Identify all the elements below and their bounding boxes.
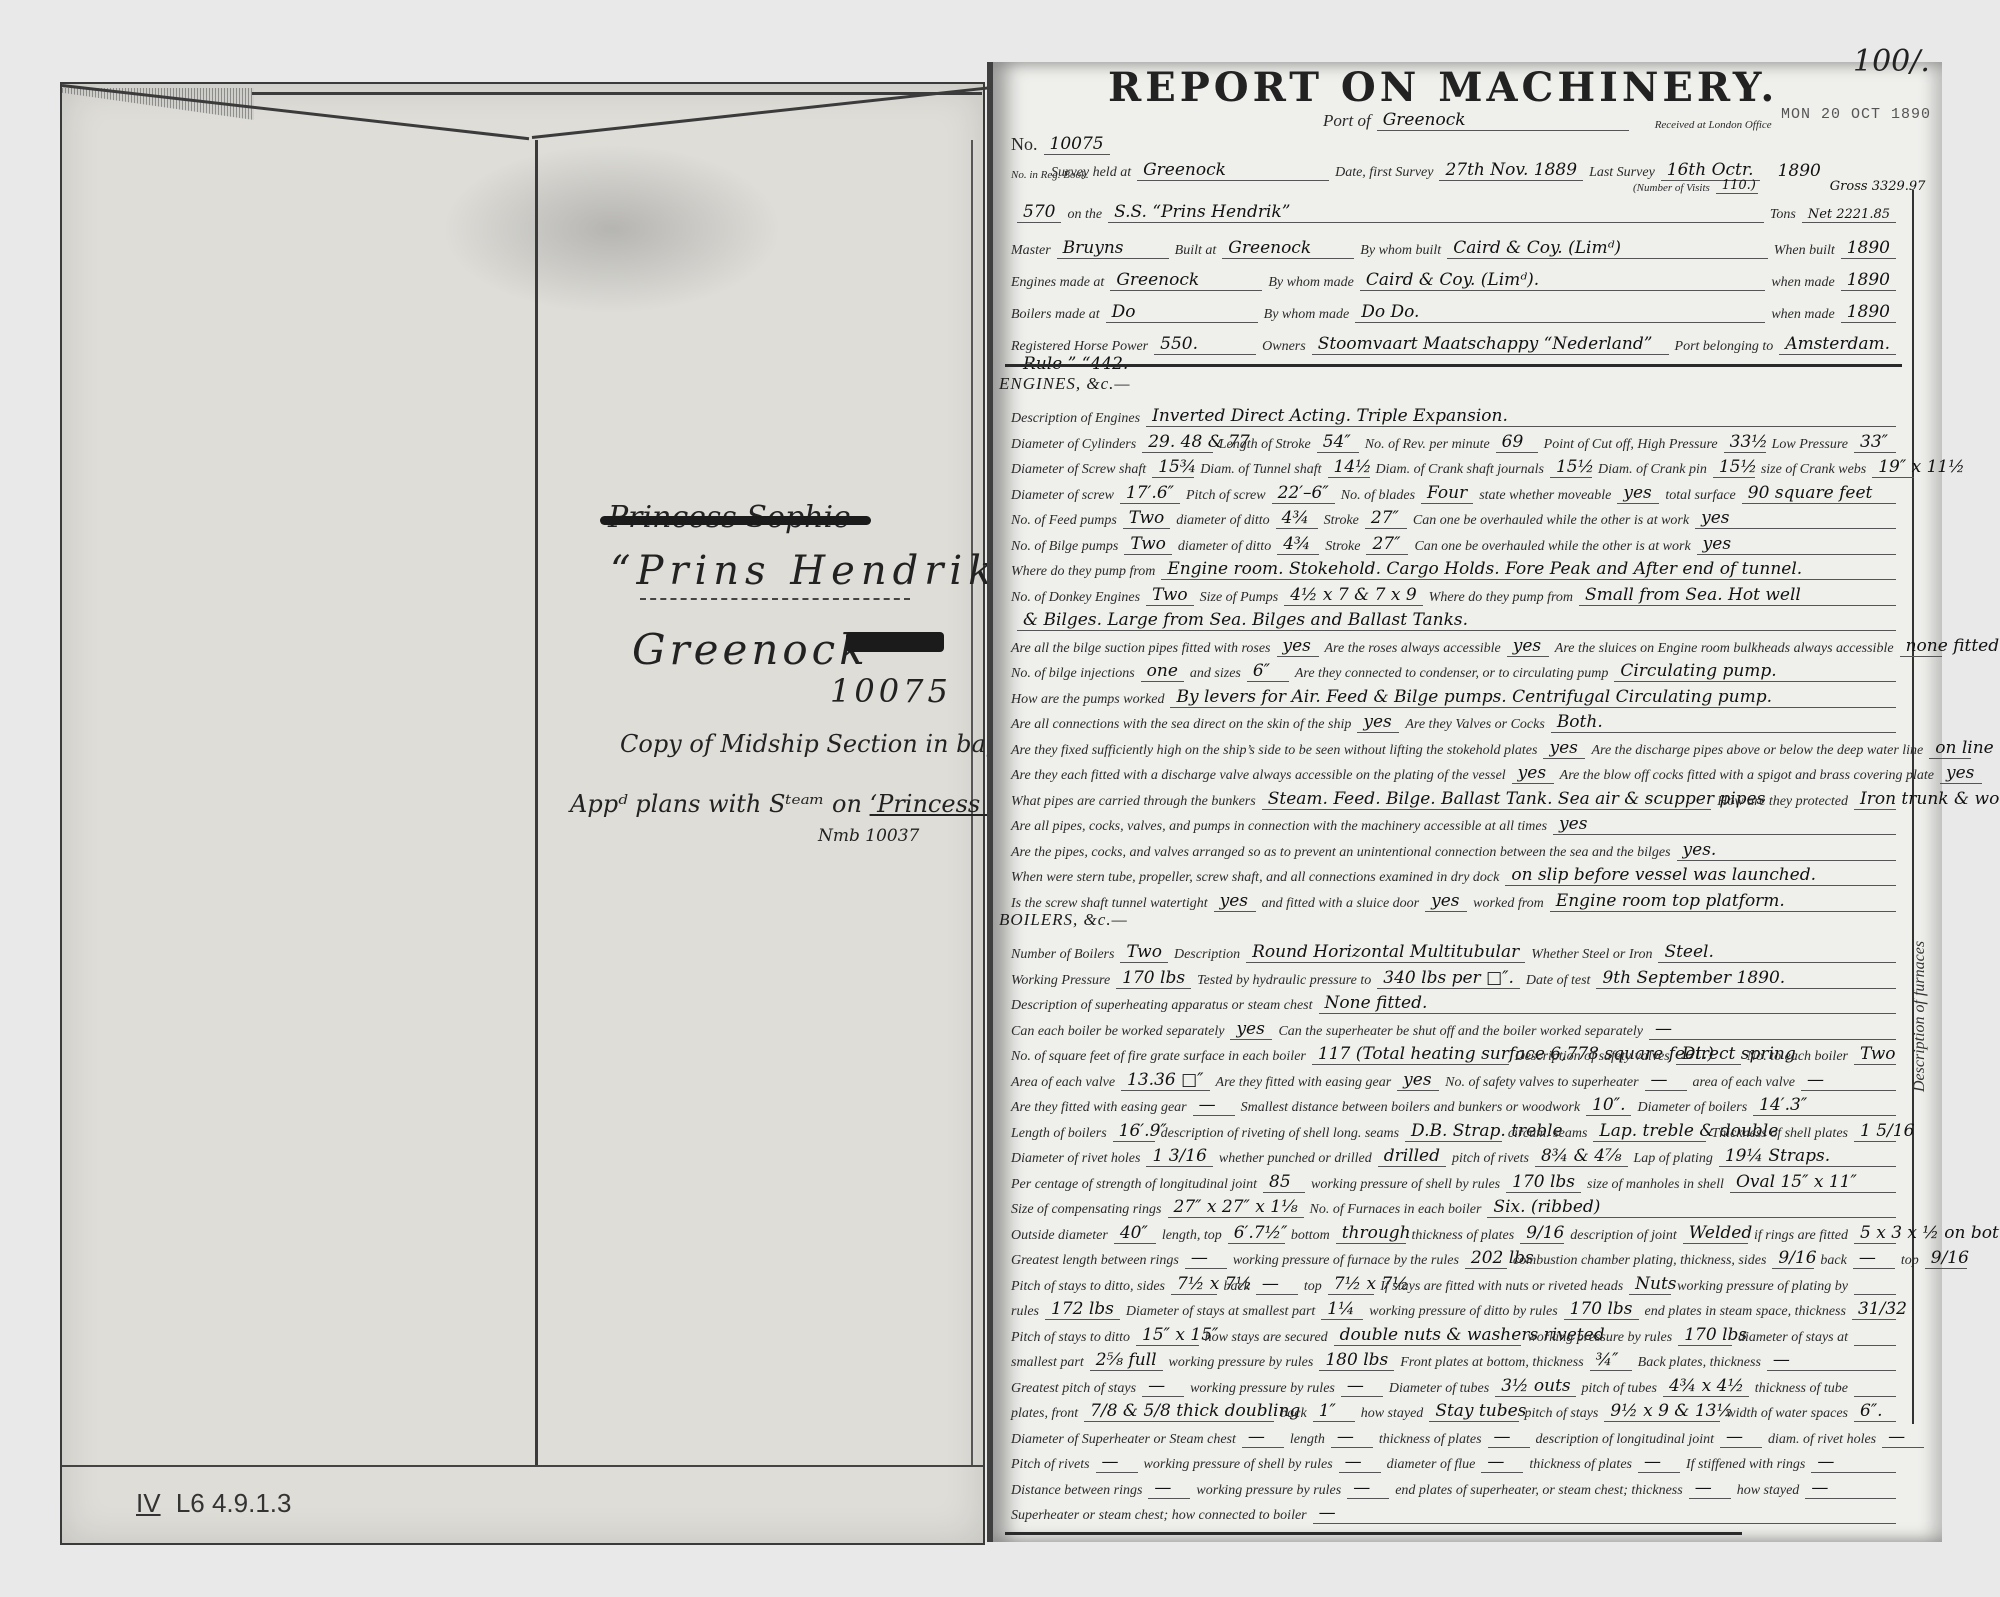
field-label: worked from bbox=[1473, 896, 1544, 912]
no-value: 10075 bbox=[1044, 134, 1110, 155]
field-label: diam. of rivet holes bbox=[1768, 1432, 1876, 1448]
field-label: If stiffened with rings bbox=[1686, 1457, 1805, 1473]
field-label: Are the roses always accessible bbox=[1325, 641, 1501, 657]
field-value: — bbox=[1720, 1427, 1762, 1448]
field-label: Size of compensating rings bbox=[1011, 1202, 1162, 1218]
field-value: drilled bbox=[1378, 1146, 1446, 1167]
form-row: Can each boiler be worked separatelyyesC… bbox=[1011, 1019, 1902, 1040]
field-value: 15½ bbox=[1713, 457, 1755, 478]
port-belonging-value: Amsterdam. bbox=[1779, 334, 1896, 355]
field-label: end plates in steam space, thickness bbox=[1645, 1304, 1846, 1320]
field-value: 27″ bbox=[1366, 534, 1408, 555]
field-value: Two bbox=[1120, 942, 1168, 963]
field-label: back bbox=[1280, 1406, 1306, 1422]
field-value: 5 x 3 x ½ on bottom bbox=[1854, 1223, 1896, 1244]
port-of-value: Greenock bbox=[1377, 110, 1629, 131]
field-value: 90 square feet bbox=[1742, 483, 1896, 504]
boilers-made-at-value: Do bbox=[1106, 302, 1258, 323]
field-value: — bbox=[1339, 1452, 1381, 1473]
field-label: working pressure by rules bbox=[1527, 1330, 1672, 1346]
field-label: Description of superheating apparatus or… bbox=[1011, 998, 1313, 1014]
field-value: 340 lbs per □″. bbox=[1377, 968, 1520, 989]
field-value: Engine room top platform. bbox=[1550, 891, 1896, 912]
field-value: — bbox=[1853, 1248, 1895, 1269]
field-value: None fitted. bbox=[1319, 993, 1896, 1014]
field-label: top bbox=[1901, 1253, 1919, 1269]
field-label: Distance between rings bbox=[1011, 1483, 1142, 1499]
form-row: Number of BoilersTwoDescriptionRound Hor… bbox=[1011, 942, 1902, 963]
field-label: working pressure of shell by rules bbox=[1311, 1177, 1500, 1193]
rhp-value: 550. bbox=[1154, 334, 1256, 355]
field-label: No. to each boiler bbox=[1747, 1049, 1848, 1065]
port-belonging-label: Port belonging to bbox=[1675, 339, 1774, 355]
field-value: — bbox=[1767, 1350, 1896, 1371]
field-value: Two bbox=[1124, 534, 1172, 555]
form-row: rules172 lbsDiameter of stays at smalles… bbox=[1011, 1299, 1902, 1320]
envelope-port: Greenock bbox=[632, 625, 869, 674]
field-label: Description of safety valves bbox=[1515, 1049, 1670, 1065]
field-value: 170 lbs bbox=[1564, 1299, 1639, 1320]
field-value: 13.36 □″ bbox=[1121, 1070, 1209, 1091]
field-label: Are they fitted with easing gear bbox=[1216, 1075, 1392, 1091]
field-value: one bbox=[1141, 661, 1184, 682]
field-label: working pressure by rules bbox=[1196, 1483, 1341, 1499]
reg-no-value: 570 bbox=[1017, 202, 1061, 223]
field-value: 16′.9″ bbox=[1113, 1121, 1155, 1142]
field-label: Outside diameter bbox=[1011, 1228, 1108, 1244]
field-value: Round Horizontal Multitubular bbox=[1246, 942, 1525, 963]
envelope-bottom-fold bbox=[62, 1465, 983, 1467]
form-row: How are the pumps workedBy levers for Ai… bbox=[1011, 687, 1902, 708]
furnaces-side-label: Description of furnaces bbox=[1911, 941, 1929, 1092]
tons-net: Net 2221.85 bbox=[1802, 207, 1896, 223]
field-label: Stroke bbox=[1324, 513, 1359, 529]
field-value: Six. (ribbed) bbox=[1487, 1197, 1896, 1218]
field-value: 9½ x 9 & 13½ bbox=[1604, 1401, 1720, 1422]
field-value: double nuts & washers riveted bbox=[1334, 1325, 1522, 1346]
field-value: yes bbox=[1695, 508, 1896, 529]
field-value: yes. bbox=[1677, 840, 1896, 861]
field-label: Can one be overhauled while the other is… bbox=[1414, 539, 1690, 555]
field-label: Where do they pump from bbox=[1429, 590, 1573, 606]
field-label: No. of Bilge pumps bbox=[1011, 539, 1118, 555]
field-label: Number of Boilers bbox=[1011, 947, 1114, 963]
field-value: yes bbox=[1507, 636, 1549, 657]
boilers-when-value: 1890 bbox=[1841, 302, 1896, 323]
field-value: — bbox=[1256, 1274, 1298, 1295]
field-value: yes bbox=[1357, 712, 1399, 733]
field-label: Tested by hydraulic pressure to bbox=[1197, 973, 1371, 989]
strikethrough-bar bbox=[600, 516, 871, 525]
field-label: Smallest distance between boilers and bu… bbox=[1241, 1100, 1580, 1116]
received-stamp: MON 20 OCT 1890 bbox=[1781, 106, 1931, 123]
form-row: What pipes are carried through the bunke… bbox=[1011, 789, 1902, 810]
field-value: — bbox=[1645, 1070, 1687, 1091]
field-value: 8¾ & 4⅞ bbox=[1535, 1146, 1628, 1167]
form-row: Length of boilers16′.9″description of ri… bbox=[1011, 1121, 1902, 1142]
first-survey-value: 27th Nov. 1889 bbox=[1439, 160, 1583, 181]
field-label: No. of Donkey Engines bbox=[1011, 590, 1140, 606]
field-value: 6″. bbox=[1854, 1401, 1896, 1422]
field-label: Are they fixed sufficiently high on the … bbox=[1011, 743, 1537, 759]
field-value: — bbox=[1193, 1095, 1235, 1116]
field-label: Description of Engines bbox=[1011, 411, 1140, 427]
field-label: back bbox=[1223, 1279, 1249, 1295]
field-label: Superheater or steam chest; how connecte… bbox=[1011, 1508, 1307, 1524]
field-value: — bbox=[1811, 1452, 1896, 1473]
form-row: Are they fitted with easing gear—Smalles… bbox=[1011, 1095, 1902, 1116]
form-row: Are they fixed sufficiently high on the … bbox=[1011, 738, 1902, 759]
field-value: D.B. Strap. treble bbox=[1405, 1121, 1502, 1142]
engines-when-label: when made bbox=[1771, 275, 1834, 291]
received-label: Received at London Office bbox=[1655, 119, 1772, 131]
field-value: yes bbox=[1512, 763, 1554, 784]
form-row: Diameter of Cylinders29. 48 & 77Length o… bbox=[1011, 432, 1902, 453]
tons-label: Tons bbox=[1770, 207, 1796, 223]
field-label: whether punched or drilled bbox=[1219, 1151, 1372, 1167]
engines-by-whom-value: Caird & Coy. (Limᵈ). bbox=[1360, 270, 1765, 291]
field-value: — bbox=[1481, 1452, 1523, 1473]
no-in-reg-book-label: No. in Reg. Book. bbox=[1011, 169, 1051, 181]
field-label: No. of square feet of fire grate surface… bbox=[1011, 1049, 1306, 1065]
envelope-top-edge bbox=[252, 92, 982, 95]
survey-held-at-label: Survey held at bbox=[1051, 165, 1131, 181]
built-at-value: Greenock bbox=[1222, 238, 1354, 259]
survey-held-at-value: Greenock bbox=[1137, 160, 1329, 181]
field-value: Circulating pump. bbox=[1614, 661, 1896, 682]
field-label: Are they each fitted with a discharge va… bbox=[1011, 768, 1506, 784]
field-label: Diam. of Crank shaft journals bbox=[1376, 462, 1544, 478]
field-label: total surface bbox=[1665, 488, 1735, 504]
footer-divider bbox=[1005, 1532, 1742, 1535]
field-value: 4¾ bbox=[1276, 508, 1318, 529]
form-row: Area of each valve13.36 □″Are they fitte… bbox=[1011, 1070, 1902, 1091]
field-value: 33½ bbox=[1724, 432, 1766, 453]
field-label: description of longitudinal joint bbox=[1536, 1432, 1715, 1448]
field-value: — bbox=[1649, 1019, 1896, 1040]
envelope-note-line-1: Copy of Midship Section in bag bbox=[620, 730, 1001, 758]
port-of-label: Port of bbox=[1323, 111, 1371, 131]
ship-row: 570 on the S.S. “Prins Hendrik” Tons Net… bbox=[1011, 202, 1902, 223]
field-label: state whether moveable bbox=[1479, 488, 1611, 504]
field-label: pitch of stays bbox=[1525, 1406, 1599, 1422]
field-label: Greatest pitch of stays bbox=[1011, 1381, 1136, 1397]
horse-power-row: Registered Horse Power 550. Owners Stoom… bbox=[1011, 334, 1902, 355]
port-strikethrough bbox=[846, 632, 944, 652]
field-value: 33″ bbox=[1854, 432, 1896, 453]
form-row: No. of Feed pumpsTwodiameter of ditto4¾S… bbox=[1011, 508, 1902, 529]
form-row: Pitch of stays to ditto15″ x 15″how stay… bbox=[1011, 1325, 1902, 1346]
field-value: Four bbox=[1421, 483, 1473, 504]
field-label: Are the discharge pipes above or below t… bbox=[1591, 743, 1923, 759]
field-value: — bbox=[1242, 1427, 1284, 1448]
field-value: ¾″ bbox=[1590, 1350, 1632, 1371]
field-value: 31/32 bbox=[1852, 1299, 1896, 1320]
field-label: Low Pressure bbox=[1772, 437, 1848, 453]
field-label: diameter of flue bbox=[1387, 1457, 1476, 1473]
boilers-made-row: Boilers made at Do By whom made Do Do. w… bbox=[1011, 302, 1902, 323]
field-label: thickness of plates bbox=[1379, 1432, 1482, 1448]
field-value: 15¾ bbox=[1152, 457, 1194, 478]
field-label: area of each valve bbox=[1693, 1075, 1796, 1091]
field-value: — bbox=[1142, 1376, 1184, 1397]
no-label: No. bbox=[1011, 134, 1038, 155]
field-value: 170 lbs bbox=[1506, 1172, 1581, 1193]
field-label: Diameter of screw bbox=[1011, 488, 1114, 504]
field-label: Can the superheater be shut off and the … bbox=[1278, 1024, 1642, 1040]
field-label: Greatest length between rings bbox=[1011, 1253, 1179, 1269]
field-value: — bbox=[1096, 1452, 1138, 1473]
field-value: 2⅝ full bbox=[1090, 1350, 1163, 1371]
field-value: — bbox=[1882, 1427, 1924, 1448]
by-whom-built-value: Caird & Coy. (Limᵈ) bbox=[1447, 238, 1768, 259]
engines-section-heading: ENGINES, &c.— bbox=[999, 374, 1131, 394]
field-label: What pipes are carried through the bunke… bbox=[1011, 794, 1256, 810]
field-value: & Bilges. Large from Sea. Bilges and Bal… bbox=[1017, 610, 1896, 631]
field-label: rules bbox=[1011, 1304, 1039, 1320]
field-value: 14½ bbox=[1328, 457, 1370, 478]
field-value: yes bbox=[1543, 738, 1585, 759]
field-value: — bbox=[1801, 1070, 1896, 1091]
field-label: how stayed bbox=[1361, 1406, 1424, 1422]
field-label: if rings are fitted bbox=[1754, 1228, 1848, 1244]
field-label: size of manholes in shell bbox=[1587, 1177, 1724, 1193]
field-label: length, top bbox=[1162, 1228, 1222, 1244]
field-label: length bbox=[1290, 1432, 1325, 1448]
field-value: — bbox=[1488, 1427, 1530, 1448]
field-value: Direct spring bbox=[1676, 1044, 1741, 1065]
form-row: smallest part2⅝ fullworking pressure by … bbox=[1011, 1350, 1902, 1371]
owners-label: Owners bbox=[1262, 339, 1306, 355]
field-value: 172 lbs bbox=[1045, 1299, 1120, 1320]
form-row: Superheater or steam chest; how connecte… bbox=[1011, 1503, 1902, 1524]
field-label: working pressure by rules bbox=[1190, 1381, 1335, 1397]
field-label: Date of test bbox=[1526, 973, 1591, 989]
field-label: Are they connected to condenser, or to c… bbox=[1295, 666, 1609, 682]
field-value: 54″ bbox=[1317, 432, 1359, 453]
form-row: Diameter of Screw shaft15¾Diam. of Tunne… bbox=[1011, 457, 1902, 478]
field-value: 117 (Total heating surface 6,778 square … bbox=[1312, 1044, 1509, 1065]
field-value: — bbox=[1185, 1248, 1227, 1269]
field-label: diameter of ditto bbox=[1178, 539, 1271, 555]
form-row: Description of superheating apparatus or… bbox=[1011, 993, 1902, 1014]
field-value: 6′.7½″ bbox=[1228, 1223, 1285, 1244]
by-whom-built-label: By whom built bbox=[1360, 243, 1441, 259]
field-value: 17′.6″ bbox=[1120, 483, 1180, 504]
field-label: working pressure of furnace by the rules bbox=[1233, 1253, 1459, 1269]
field-value: 3½ outs bbox=[1495, 1376, 1575, 1397]
field-label: pitch of tubes bbox=[1582, 1381, 1657, 1397]
form-row: Pitch of stays to ditto, sides7½ x 7½bac… bbox=[1011, 1274, 1902, 1295]
visits-row: (Number of Visits 110.) Gross 3329.97 bbox=[1633, 178, 1902, 194]
form-row: Diameter of screw17′.6″Pitch of screw22′… bbox=[1011, 483, 1902, 504]
field-label: plates, front bbox=[1011, 1406, 1078, 1422]
field-value: 9/16 bbox=[1772, 1248, 1814, 1269]
field-value: By levers for Air. Feed & Bilge pumps. C… bbox=[1170, 687, 1896, 708]
field-value: 19″ x 11½ bbox=[1872, 457, 1914, 478]
field-value: yes bbox=[1553, 814, 1896, 835]
visits-value: 110.) bbox=[1716, 178, 1758, 194]
field-value: Engine room. Stokehold. Cargo Holds. For… bbox=[1161, 559, 1896, 580]
form-row: Is the screw shaft tunnel watertightyesa… bbox=[1011, 891, 1902, 912]
field-label: Stroke bbox=[1325, 539, 1360, 555]
field-label: diameter of ditto bbox=[1176, 513, 1269, 529]
report-on-machinery-page: REPORT ON MACHINERY. 100/. MON 20 OCT 18… bbox=[987, 62, 1942, 1542]
form-row: No. of bilge injectionsoneand sizes6″Are… bbox=[1011, 661, 1902, 682]
field-label: size of Crank webs bbox=[1761, 462, 1866, 478]
field-value: Inverted Direct Acting. Triple Expansion… bbox=[1146, 406, 1896, 427]
field-value: yes bbox=[1397, 1070, 1439, 1091]
first-survey-label: Date, first Survey bbox=[1335, 165, 1433, 181]
form-row: plates, front7/8 & 5/8 thick doublingbac… bbox=[1011, 1401, 1902, 1422]
field-label: pitch of rivets bbox=[1452, 1151, 1529, 1167]
field-value: Two bbox=[1146, 585, 1194, 606]
field-value: — bbox=[1347, 1478, 1389, 1499]
field-label: How are the pumps worked bbox=[1011, 692, 1164, 708]
field-label: Are all the bilge suction pipes fitted w… bbox=[1011, 641, 1271, 657]
when-built-value: 1890 bbox=[1841, 238, 1896, 259]
field-value: 4¾ x 4½ bbox=[1663, 1376, 1749, 1397]
field-value: 19¼ Straps. bbox=[1719, 1146, 1896, 1167]
field-value: Steel. bbox=[1658, 942, 1896, 963]
field-value: Two bbox=[1854, 1044, 1896, 1065]
form-row: Diameter of Superheater or Steam chest—l… bbox=[1011, 1427, 1902, 1448]
form-row: When were stern tube, propeller, screw s… bbox=[1011, 865, 1902, 886]
form-row: No. of square feet of fire grate surface… bbox=[1011, 1044, 1902, 1065]
boilers-made-at-label: Boilers made at bbox=[1011, 307, 1100, 323]
field-value: none fitted bbox=[1900, 636, 1942, 657]
field-label: Pitch of stays to ditto, sides bbox=[1011, 1279, 1165, 1295]
field-value: 29. 48 & 77 bbox=[1142, 432, 1212, 453]
field-label: No. of Feed pumps bbox=[1011, 513, 1117, 529]
form-row: Size of compensating rings27″ x 27″ x 1⅛… bbox=[1011, 1197, 1902, 1218]
field-value: on line with bbox=[1929, 738, 1971, 759]
field-label: Per centage of strength of longitudinal … bbox=[1011, 1177, 1257, 1193]
form-row: & Bilges. Large from Sea. Bilges and Bal… bbox=[1011, 610, 1902, 631]
field-label: Are all pipes, cocks, valves, and pumps … bbox=[1011, 819, 1547, 835]
owners-value: Stoomvaart Maatschappy “Nederland” bbox=[1312, 334, 1669, 355]
field-value: 1″ bbox=[1313, 1401, 1355, 1422]
field-value: 9/16 bbox=[1520, 1223, 1564, 1244]
envelope-number: 10075 bbox=[830, 672, 952, 710]
field-label: Diameter of Superheater or Steam chest bbox=[1011, 1432, 1236, 1448]
field-label: Front plates at bottom, thickness bbox=[1400, 1355, 1583, 1371]
field-label: Whether Steel or Iron bbox=[1531, 947, 1652, 963]
field-label: Where do they pump from bbox=[1011, 564, 1155, 580]
field-label: Diam. of Tunnel shaft bbox=[1200, 462, 1321, 478]
field-label: How are they protected bbox=[1717, 794, 1848, 810]
engines-made-row: Engines made at Greenock By whom made Ca… bbox=[1011, 270, 1902, 291]
field-label: Diameter of tubes bbox=[1389, 1381, 1489, 1397]
field-value: 10″. bbox=[1586, 1095, 1631, 1116]
field-label: Length of boilers bbox=[1011, 1126, 1107, 1142]
boilers-by-whom-label: By whom made bbox=[1264, 307, 1350, 323]
field-value: — bbox=[1689, 1478, 1731, 1499]
field-value: 40″ bbox=[1114, 1223, 1156, 1244]
field-label: Area of each valve bbox=[1011, 1075, 1115, 1091]
field-value: Lap. treble & double bbox=[1593, 1121, 1705, 1142]
field-value: through bbox=[1336, 1223, 1406, 1244]
field-value: yes bbox=[1230, 1019, 1272, 1040]
field-value: Welded bbox=[1683, 1223, 1748, 1244]
field-label: top bbox=[1304, 1279, 1322, 1295]
field-value: yes bbox=[1277, 636, 1319, 657]
field-value: yes bbox=[1425, 891, 1467, 912]
form-row: No. of Bilge pumpsTwodiameter of ditto4¾… bbox=[1011, 534, 1902, 555]
field-label: Can one be overhauled while the other is… bbox=[1413, 513, 1689, 529]
field-label: Lap of plating bbox=[1634, 1151, 1713, 1167]
field-value: yes bbox=[1940, 763, 1982, 784]
field-label: Back plates, thickness bbox=[1638, 1355, 1761, 1371]
field-value: 170 lbs bbox=[1116, 968, 1191, 989]
field-label: Pitch of screw bbox=[1186, 488, 1266, 504]
rhp-label: Registered Horse Power bbox=[1011, 339, 1148, 355]
form-row: Pitch of rivets—working pressure of shel… bbox=[1011, 1452, 1902, 1473]
field-value: — bbox=[1331, 1427, 1373, 1448]
field-value bbox=[1854, 1345, 1896, 1346]
field-label: Length of Stroke bbox=[1219, 437, 1311, 453]
envelope-note-line-3: Nmb 10037 bbox=[818, 826, 919, 846]
folio-number: 100/. bbox=[1853, 44, 1930, 79]
field-value: Both. bbox=[1551, 712, 1896, 733]
form-row: Working Pressure170 lbsTested by hydraul… bbox=[1011, 968, 1902, 989]
field-label: and fitted with a sluice door bbox=[1262, 896, 1420, 912]
field-label: No. of Rev. per minute bbox=[1365, 437, 1490, 453]
form-row: Are the pipes, cocks, and valves arrange… bbox=[1011, 840, 1902, 861]
field-label: Are the pipes, cocks, and valves arrange… bbox=[1011, 845, 1671, 861]
header-divider bbox=[1005, 364, 1902, 367]
on-the-label: on the bbox=[1067, 207, 1102, 223]
engines-made-at-label: Engines made at bbox=[1011, 275, 1104, 291]
field-label: Diameter of Cylinders bbox=[1011, 437, 1136, 453]
field-label: Point of Cut off, High Pressure bbox=[1544, 437, 1718, 453]
field-label: Thickness of shell plates bbox=[1712, 1126, 1849, 1142]
boilers-when-label: when made bbox=[1771, 307, 1834, 323]
field-label: Are the blow off cocks fitted with a spi… bbox=[1560, 768, 1934, 784]
struck-out-name: Princess Sophie bbox=[608, 500, 851, 535]
form-row: Description of EnginesInverted Direct Ac… bbox=[1011, 406, 1902, 427]
field-value: 69 bbox=[1496, 432, 1538, 453]
engines-when-value: 1890 bbox=[1841, 270, 1896, 291]
field-value: Nuts bbox=[1629, 1274, 1671, 1295]
field-label: description of joint bbox=[1570, 1228, 1677, 1244]
form-row: Per centage of strength of longitudinal … bbox=[1011, 1172, 1902, 1193]
field-value: — bbox=[1805, 1478, 1896, 1499]
field-label: working pressure of ditto by rules bbox=[1369, 1304, 1557, 1320]
form-row: No. of Donkey EnginesTwoSize of Pumps4½ … bbox=[1011, 585, 1902, 606]
field-label: thickness of plates bbox=[1529, 1457, 1632, 1473]
visits-label: (Number of Visits bbox=[1633, 182, 1710, 194]
field-value: — bbox=[1638, 1452, 1680, 1473]
field-label: combustion chamber plating, thickness, s… bbox=[1513, 1253, 1767, 1269]
field-label: Diam. of Crank pin bbox=[1598, 462, 1707, 478]
form-row: Diameter of rivet holes1 3/16whether pun… bbox=[1011, 1146, 1902, 1167]
archive-ref-code: L6 4.9.1.3 bbox=[176, 1488, 292, 1518]
master-label: Master bbox=[1011, 243, 1051, 259]
field-value: Stay tubes bbox=[1429, 1401, 1518, 1422]
form-row: Outside diameter40″length, top6′.7½″bott… bbox=[1011, 1223, 1902, 1244]
tons-gross: Gross 3329.97 bbox=[1824, 179, 1896, 194]
field-value: Two bbox=[1123, 508, 1171, 529]
form-row: Where do they pump fromEngine room. Stok… bbox=[1011, 559, 1902, 580]
field-label: bottom bbox=[1291, 1228, 1330, 1244]
master-value: Bruyns bbox=[1057, 238, 1169, 259]
field-value: yes bbox=[1617, 483, 1659, 504]
field-value: 9th September 1890. bbox=[1596, 968, 1896, 989]
field-value: 1 5/16 bbox=[1854, 1121, 1896, 1142]
field-label: and sizes bbox=[1190, 666, 1241, 682]
when-built-label: When built bbox=[1774, 243, 1835, 259]
